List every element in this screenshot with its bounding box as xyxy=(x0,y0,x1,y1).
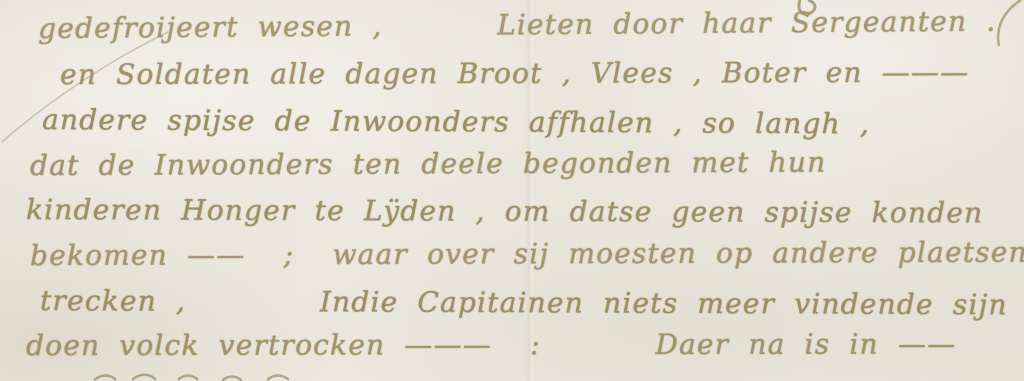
manuscript-line-7: trecken , Indie Capitainen niets meer vi… xyxy=(40,284,1008,321)
manuscript-line-6: bekomen —— ; waar over sij moesten op an… xyxy=(30,236,1024,272)
manuscript-page: gedefroijeert wesen , Lieten door haar S… xyxy=(0,0,1024,381)
manuscript-line-2: en Soldaten alle dagen Broot , Vlees , B… xyxy=(60,56,969,91)
manuscript-line-8: doen volck vertrocken ——— : Daer na is i… xyxy=(26,327,956,362)
cutoff-next-line-stroke xyxy=(92,372,312,381)
manuscript-line-5: kinderen Honger te Lÿden , om datse geen… xyxy=(26,193,983,229)
manuscript-line-4: dat de Inwoonders ten deele begonden met… xyxy=(30,146,826,182)
manuscript-line-3: andere spijse de Inwoonders affhalen , s… xyxy=(42,103,870,140)
manuscript-line-1: gedefroijeert wesen , Lieten door haar S… xyxy=(38,4,997,45)
